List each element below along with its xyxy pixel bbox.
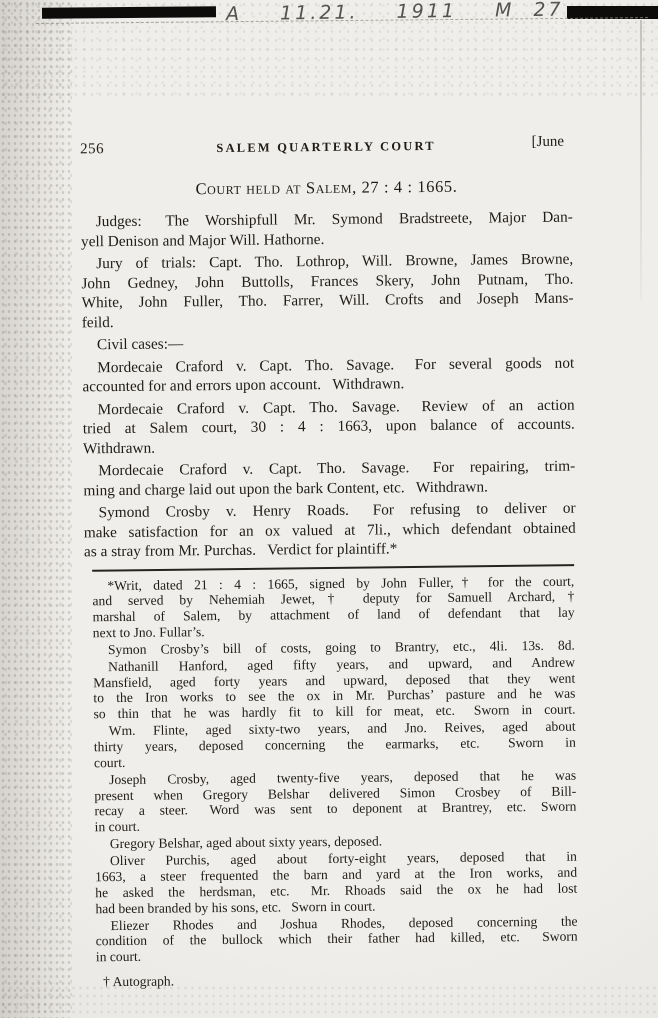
footnote-separator-rule — [92, 564, 574, 572]
running-title: SALEM QUARTERLY COURT — [80, 138, 572, 158]
scan-edge-noise-left — [0, 0, 72, 1018]
footnote-paragraph: Nathanill Hanford, aged fifty years, and… — [93, 655, 576, 722]
scan-artifact-bar-left — [42, 6, 216, 19]
body-paragraph: Mordecaie Craford v. Capt. Tho. Savage. … — [83, 395, 576, 458]
text-line: accounted for and errors upon account. W… — [82, 373, 574, 397]
month-marker: [June — [531, 134, 564, 151]
body-paragraph: Jury of trials: Capt. Tho. Lothrop, Will… — [81, 250, 574, 333]
text-line: Civil cases:— — [82, 331, 574, 355]
body-paragraph: Mordecaie Craford v. Capt. Tho. Savage. … — [83, 457, 575, 501]
body-paragraph: Judges: The Worshipfull Mr. Symond Brads… — [81, 208, 573, 252]
footnotes-block: *Writ, dated 21 : 4 : 1665, signed by Jo… — [92, 573, 578, 965]
session-heading: Court held at Salem, 27 : 4 : 1665. — [80, 176, 572, 201]
footnote-paragraph: Oliver Purchis, aged about forty-eight y… — [95, 849, 578, 916]
footnote-paragraph: Joseph Crosby, aged twenty-five years, d… — [94, 768, 577, 835]
text-line: as a stray from Mr. Purchas. Verdict for… — [84, 538, 576, 562]
printed-page-content: 256 SALEM QUARTERLY COURT [June Court he… — [80, 134, 580, 991]
court-record-body: Judges: The Worshipfull Mr. Symond Brads… — [81, 208, 576, 562]
body-paragraph: Mordecaie Craford v. Capt. Tho. Savage. … — [82, 353, 574, 397]
scanned-book-page: A 11.21. 1911 M 27 256 SALEM QUARTERLY C… — [0, 0, 658, 1018]
body-paragraph: Civil cases:— — [82, 331, 574, 355]
text-line: yell Denison and Major Will. Hathorne. — [81, 227, 573, 251]
body-paragraph: Symond Crosby v. Henry Roads. For refusi… — [84, 499, 577, 562]
running-header: 256 SALEM QUARTERLY COURT [June — [80, 134, 572, 159]
text-line: ming and charge laid out upon the bark C… — [83, 476, 575, 500]
footnote-paragraph: *Writ, dated 21 : 4 : 1665, signed by Jo… — [92, 573, 575, 640]
scan-page-edge-line — [640, 20, 642, 300]
footnote-paragraph: Wm. Flinte, aged sixty-two years, and Jn… — [94, 719, 576, 771]
footnote-paragraph: Eliezer Rhodes and Joshua Rhodes, depose… — [95, 913, 577, 965]
